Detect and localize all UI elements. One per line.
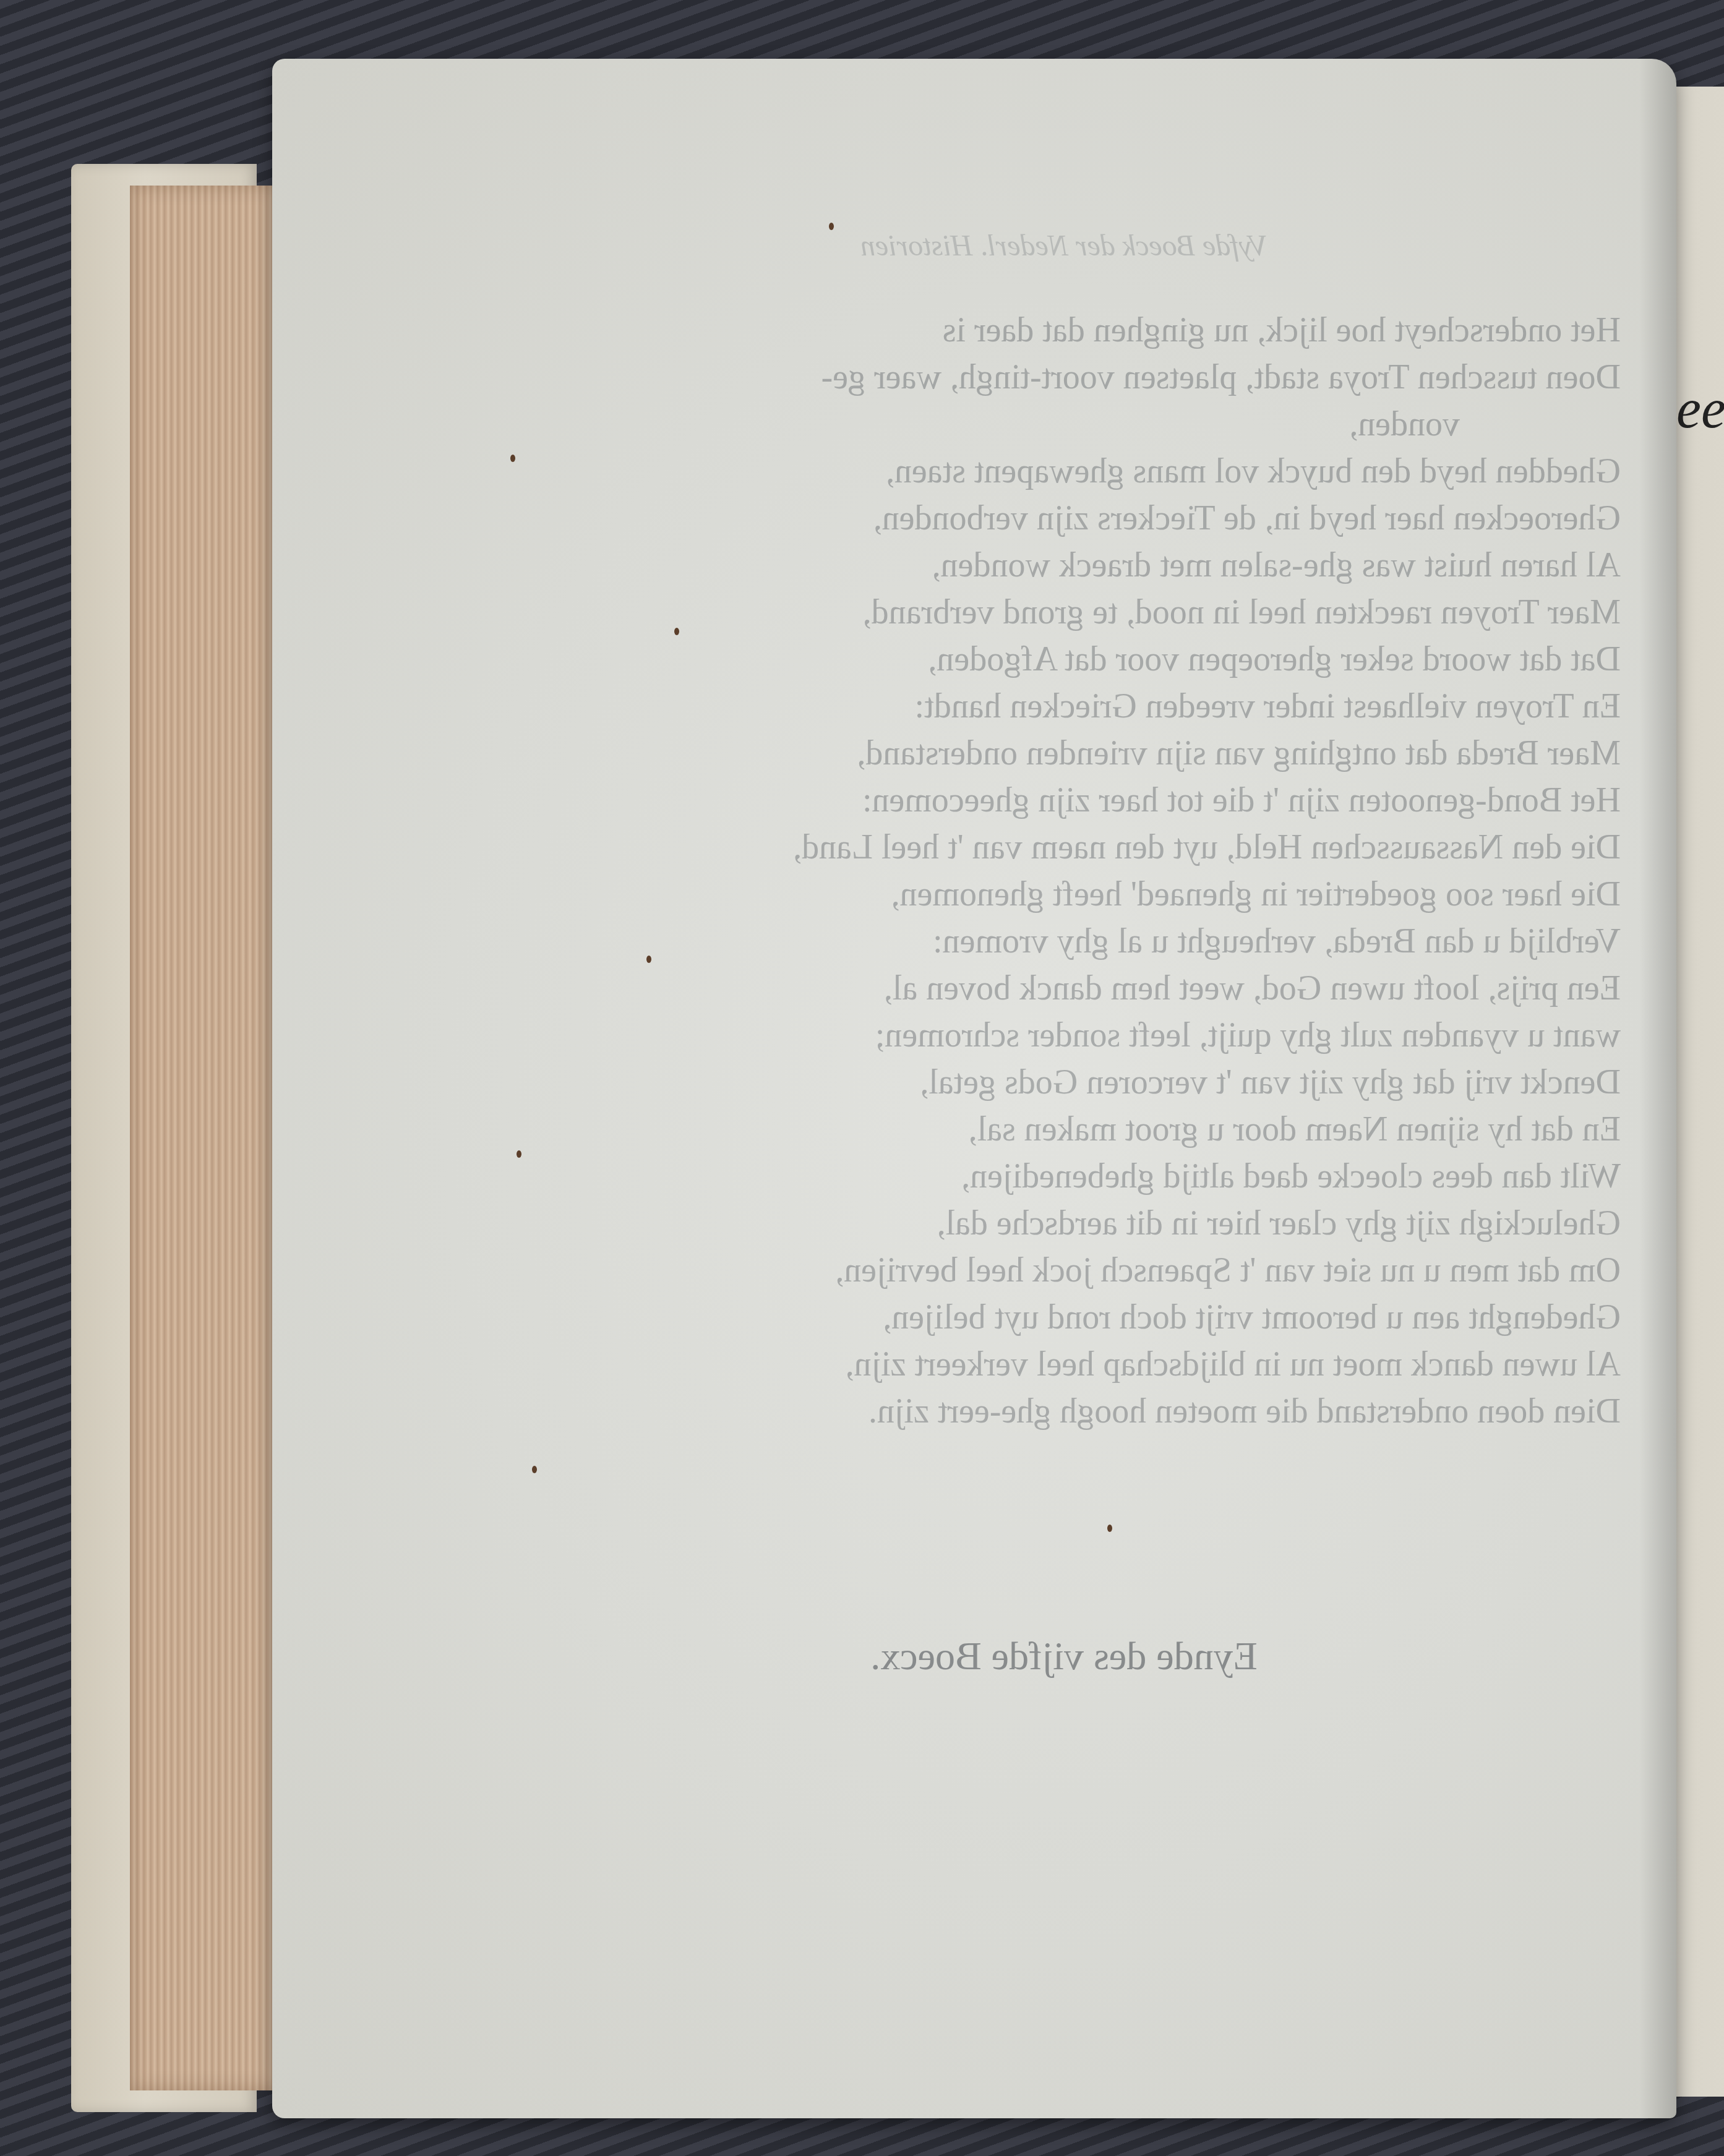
bleed-line: Ghedenght aen u beroomt vrijt doch rond … (507, 1294, 1621, 1341)
bleed-line: Doen tusschen Troya stadt, plaetsen voor… (507, 354, 1621, 401)
bleed-line: Wilt dan dees cloecke daed altijd gheben… (507, 1153, 1621, 1200)
bleed-line: vonden, (507, 401, 1621, 448)
bleed-line: Die haer soo goedertier in ghenaed' heef… (507, 871, 1621, 918)
bleed-line: Denckt vrij dat ghy zijt van 't vercoren… (507, 1059, 1621, 1106)
facing-page-word: een (1676, 377, 1724, 441)
bleed-line: want u vyanden zult ghy quijt, leeft son… (507, 1012, 1621, 1059)
bleed-header: Vyfde Boeck der Nederl. Historien (507, 223, 1621, 270)
bleed-line: Die den Nassausschen Held, uyt den naem … (507, 824, 1621, 871)
bleed-colophon: Eynde des vijfde Boecx. (507, 1633, 1621, 1680)
bleed-line: Het onderscheyt hoe lijck, nu ginghen da… (507, 307, 1621, 354)
bleed-line: Dien doen onderstand die moeten hoogh gh… (507, 1388, 1621, 1435)
page-edges (130, 186, 285, 2090)
bleed-line: Het Bond-genooten zijn 't die tot haer z… (507, 777, 1621, 824)
bleed-line: Een prijs, looft uwen God, weet hem danc… (507, 965, 1621, 1012)
bleed-line: Gheroecken haer heyd in, de Tieckers zij… (507, 495, 1621, 542)
bleed-line: Ghedden heyd den buyck vol mans ghewapen… (507, 448, 1621, 495)
bleed-line: Al uwen danck moet nu in blijdschap heel… (507, 1341, 1621, 1388)
bleed-line: Om dat men u nu siet van 't Spaensch joc… (507, 1247, 1621, 1294)
bleed-line: Verblijd u dan Breda, verheught u al ghy… (507, 918, 1621, 965)
bleed-line: En dat hy sijnen Naem door u groot maken… (507, 1106, 1621, 1153)
bleed-line: Dat dat woord seker gheroepen voor dat A… (507, 636, 1621, 683)
bleed-line: Al haren huist was ghe-salen met draeck … (507, 542, 1621, 589)
bleed-line: Maer Breda dat ontghing van sijn vriende… (507, 730, 1621, 777)
bleed-line: Gheluckigh zijt ghy claer hier in dit ae… (507, 1200, 1621, 1247)
bleed-line: En Troyen vielhaest inder vreeden Grieck… (507, 683, 1621, 730)
bleed-line: Maer Troyen raeckten heel in nood, te gr… (507, 589, 1621, 636)
bleed-through-text: Vyfde Boeck der Nederl. Historien Het on… (507, 223, 1621, 1435)
